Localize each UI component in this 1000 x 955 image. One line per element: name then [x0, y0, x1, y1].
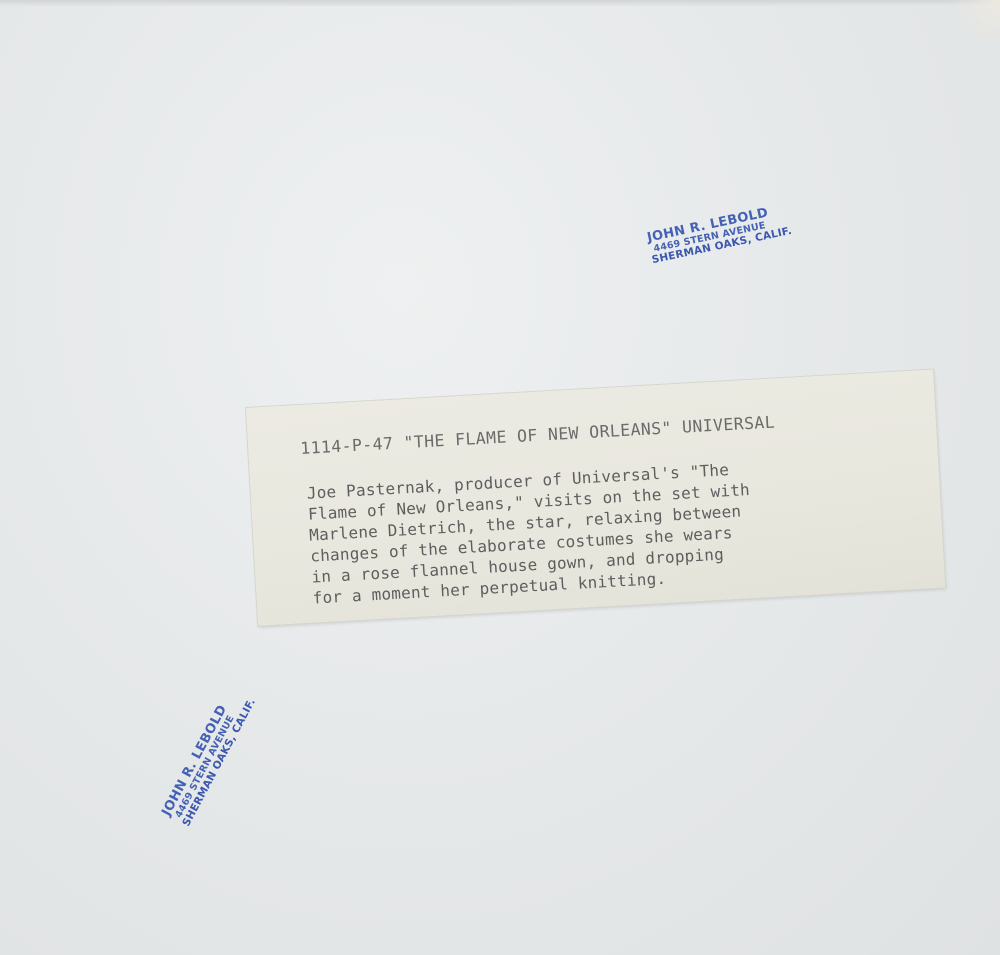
photographer-stamp-top: JOHN R. LEBOLD 4469 STERN AVENUE SHERMAN… [646, 202, 793, 266]
corner-stain [940, 0, 1000, 40]
photo-back-paper: JOHN R. LEBOLD 4469 STERN AVENUE SHERMAN… [0, 0, 1000, 955]
stamp-street: 4469 STERN AVENUE [172, 692, 248, 823]
paper-top-edge [0, 0, 1000, 6]
caption-body: Joe Pasternak, producer of Universal's "… [306, 458, 755, 609]
caption-heading: 1114-P-47 "THE FLAME OF NEW ORLEANS" UNI… [300, 413, 776, 459]
caption-slip: 1114-P-47 "THE FLAME OF NEW ORLEANS" UNI… [246, 370, 945, 626]
photographer-stamp-bottom: JOHN R. LEBOLD 4469 STERN AVENUE SHERMAN… [160, 686, 258, 828]
